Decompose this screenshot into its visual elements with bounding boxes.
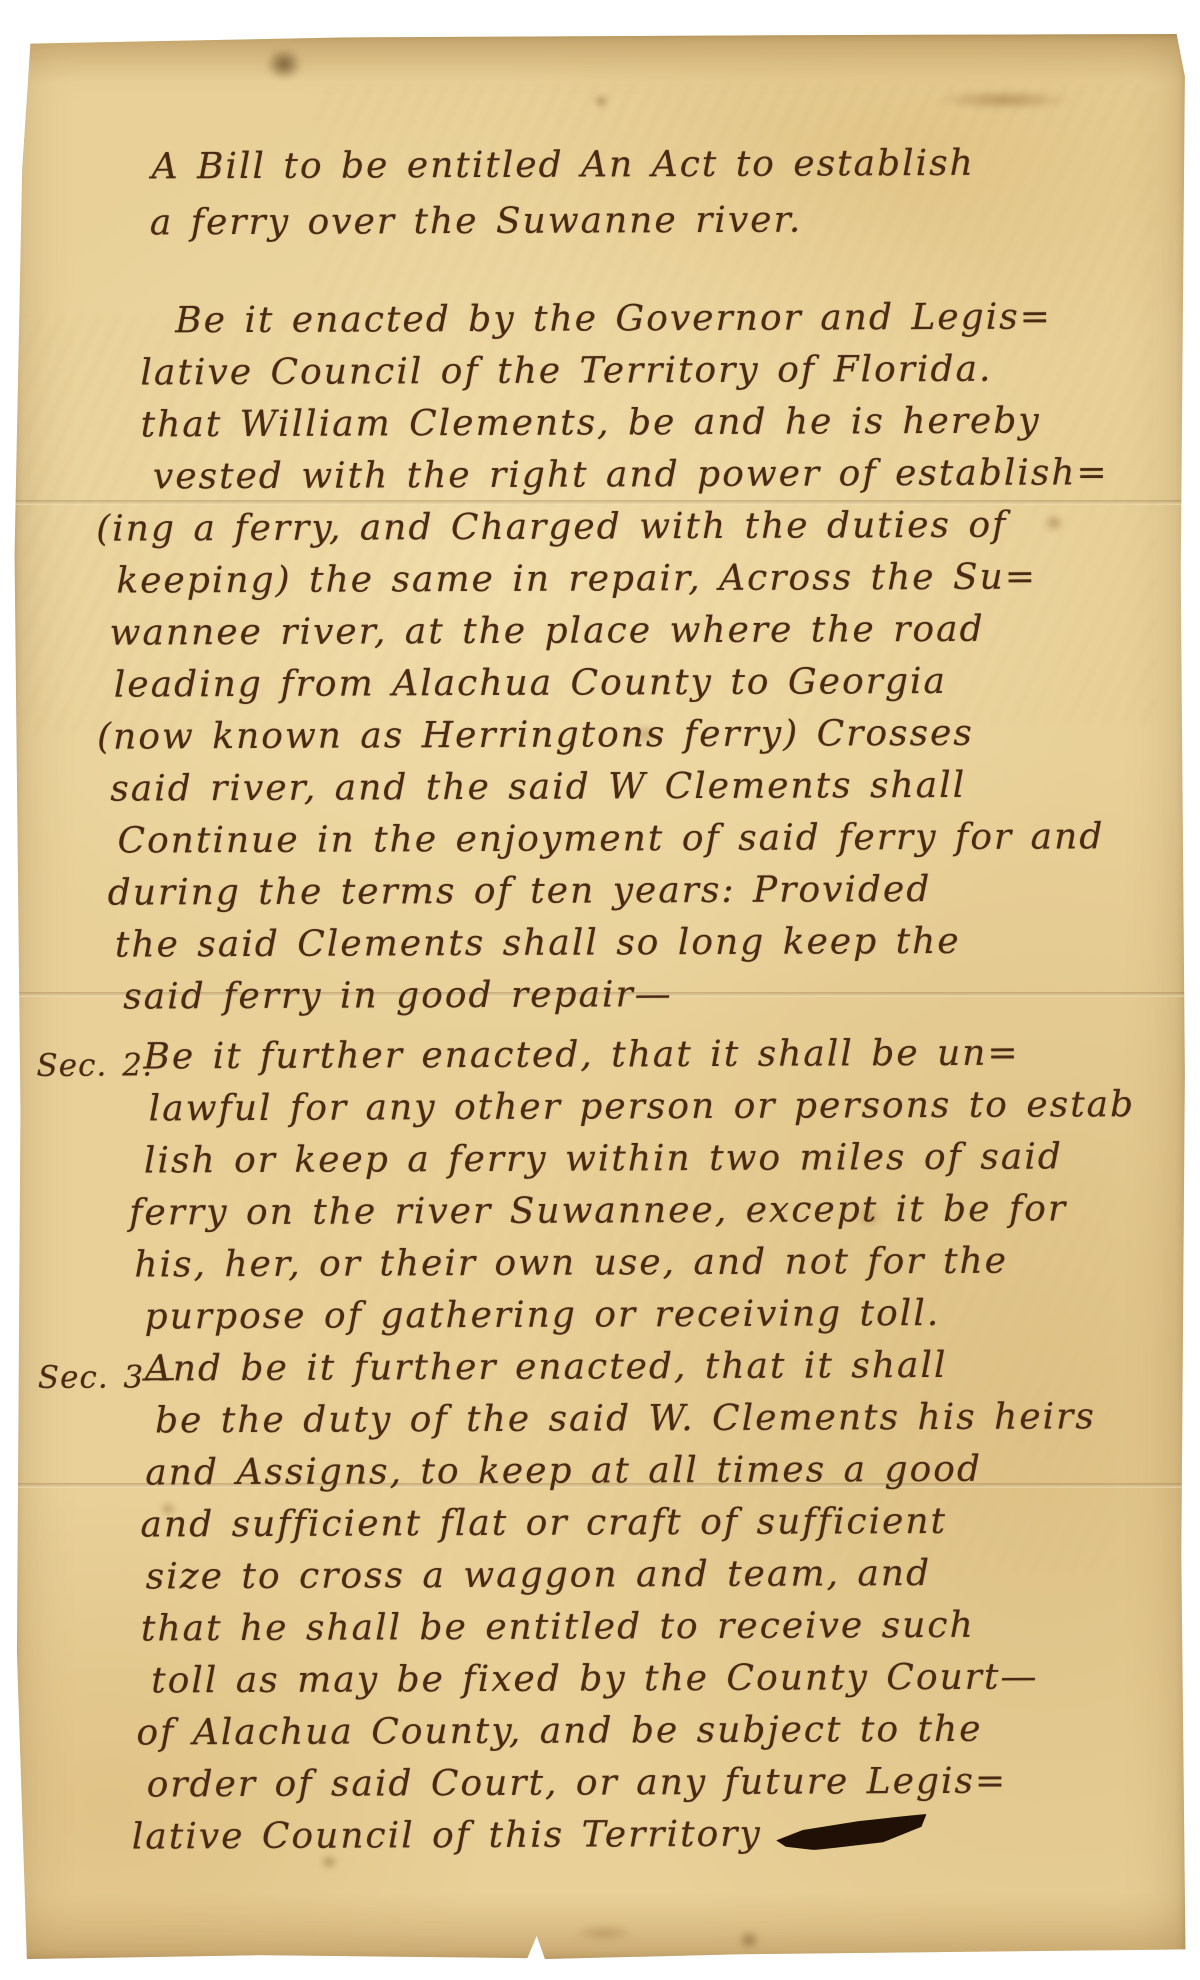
manuscript-line: size to cross a waggon and team, and [146, 1547, 1175, 1603]
section-1: Be it enacted by the Governor and Legis=… [95, 291, 1172, 1024]
manuscript-line: lative Council of the Territory of Flori… [140, 343, 1169, 399]
manuscript-line-text: lative Council of this Territory [132, 1814, 762, 1858]
manuscript-line: of Alachua County, and be subject to the [136, 1703, 1175, 1760]
manuscript-line: lawful for any other person or persons t… [149, 1079, 1173, 1135]
manuscript-line: that William Clements, be and he is here… [141, 395, 1170, 451]
manuscript-line: toll as may be fixed by the County Court… [151, 1651, 1175, 1707]
manuscript-line: during the terms of ten years: Provided [108, 863, 1172, 920]
manuscript-line: be the duty of the said W. Clements his … [155, 1391, 1174, 1447]
handwritten-text-layer: A Bill to be entitled An Act to establis… [14, 29, 1194, 1960]
manuscript-line: Be it enacted by the Governor and Legis= [175, 291, 1169, 347]
section-2-marker: Sec. 2: [36, 1039, 154, 1092]
manuscript-line: keeping) the same in repair, Across the … [116, 551, 1170, 608]
ink-blot-flourish [775, 1814, 929, 1853]
manuscript-line: And be it further enacted, that it shall [145, 1339, 1174, 1395]
section-2: Sec. 2: Be it further enacted, that it s… [98, 1027, 1173, 1344]
manuscript-line: (now known as Herringtons ferry) Crosses [97, 707, 1171, 764]
bill-title: A Bill to be entitled An Act to establis… [94, 135, 1168, 252]
manuscript-line: wannee river, at the place where the roa… [110, 603, 1171, 660]
manuscript-line: and sufficient flat or craft of sufficie… [140, 1495, 1174, 1552]
manuscript-line: leading from Alachua County to Georgia [114, 655, 1171, 712]
manuscript-line: order of said Court, or any future Legis… [147, 1755, 1176, 1811]
document-scan: A Bill to be entitled An Act to establis… [0, 0, 1200, 1980]
title-line: A Bill to be entitled An Act to establis… [151, 135, 1168, 195]
section-3-marker: Sec. 3— [38, 1351, 177, 1404]
manuscript-line: said ferry in good repair— [123, 967, 1172, 1024]
manuscript-page: A Bill to be entitled An Act to establis… [14, 34, 1186, 1960]
manuscript-line: and Assigns, to keep at all times a good [145, 1443, 1174, 1499]
manuscript-line: his, her, or their own use, and not for … [134, 1235, 1173, 1292]
manuscript-line: vested with the right and power of estab… [153, 447, 1170, 503]
section-3: Sec. 3— And be it further enacted, that … [100, 1339, 1176, 1864]
title-line: a ferry over the Suwanne river. [150, 191, 1169, 251]
manuscript-line: (ing a ferry, and Charged with the dutie… [96, 499, 1170, 556]
manuscript-line: Be it further enacted, that it shall be … [143, 1027, 1172, 1083]
manuscript-line: lish or keep a ferry within two miles of… [144, 1131, 1173, 1187]
manuscript-line: said river, and the said W Clements shal… [110, 759, 1171, 816]
manuscript-line: lative Council of this Territory [132, 1807, 1176, 1864]
manuscript-line: purpose of gathering or receiving toll. [144, 1287, 1173, 1343]
manuscript-line: ferry on the river Suwannee, except it b… [129, 1183, 1173, 1240]
manuscript-line: Continue in the enjoyment of said ferry … [117, 811, 1171, 868]
manuscript-line: that he shall be entitled to receive suc… [141, 1599, 1175, 1656]
manuscript-line: the said Clements shall so long keep the [115, 915, 1172, 972]
